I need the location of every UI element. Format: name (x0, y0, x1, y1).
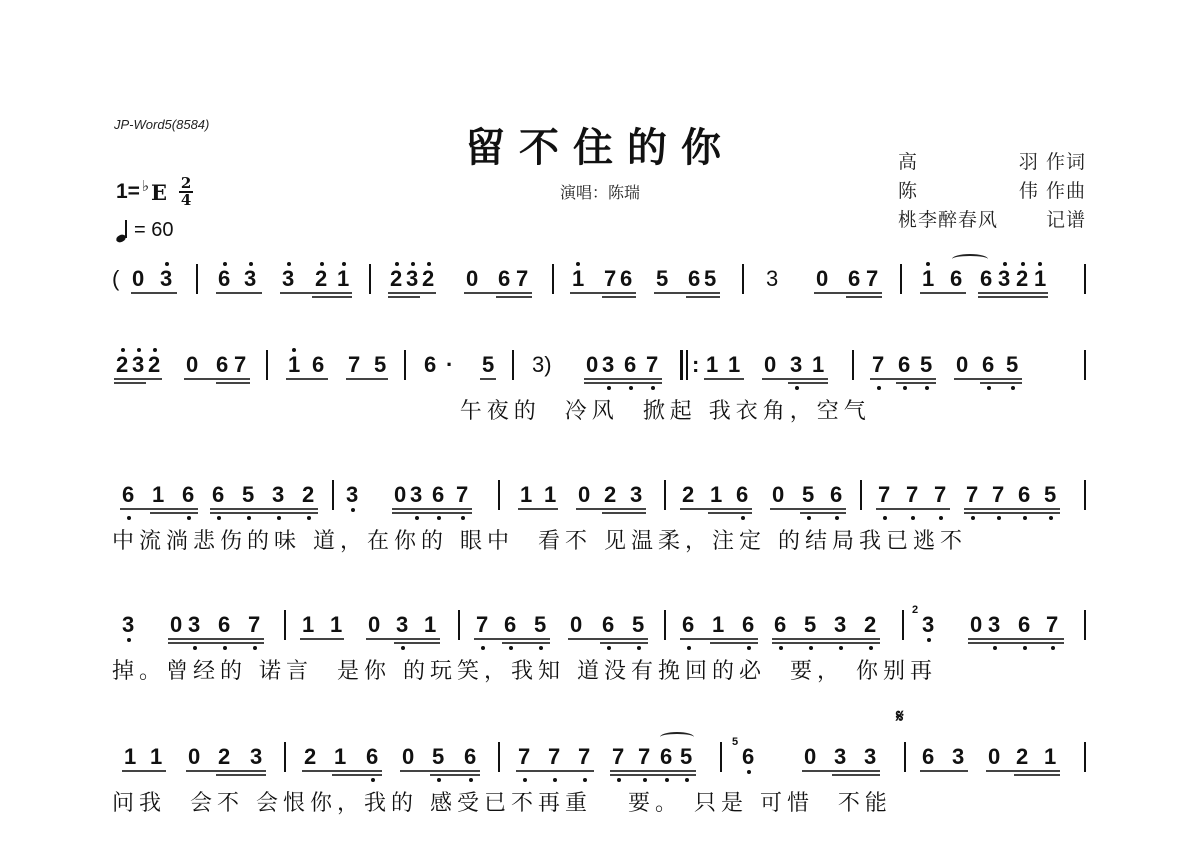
staff-2: 2 3 2 0 67 1 6 75 6· 5 3) 0367 : 11 031 … (112, 348, 1090, 388)
time-signature: 2 4 (179, 176, 193, 208)
staff-5: 11 023 216 056 777 7765 5 6 033 𝄋 63 021 (112, 740, 1090, 780)
staff-3: 616 6532 3 0367 11 023 216 056 777 7765 (112, 478, 1090, 518)
lyrics-line-3: 中流淌悲伤的味 道，在你的 眼中 看不 见温柔，注定 的结局我已逃不 (112, 524, 1090, 556)
lyrics-line-5: 问我 会不 会恨你，我的 感受已不再重 要。 只是 可惜 不能 (112, 786, 1090, 818)
staff-4: 3 0367 11 031 765 065 616 6532 2 3 0367 (112, 608, 1090, 648)
lyrics-line-2: 午夜的 冷风 掀起 我衣角，空气 (112, 394, 1090, 426)
system-5: 11 023 216 056 777 7765 5 6 033 𝄋 63 021… (112, 740, 1090, 818)
composer-credit: 陈 伟 作曲 (898, 177, 1086, 206)
lyrics-line-1 (112, 302, 1090, 334)
system-1: ( 03 6 3 3 2 1 2 3 2 0 67 1 76 5 65 3 0 … (112, 262, 1090, 334)
segno-icon: 𝄋 (896, 706, 904, 727)
lyrics-line-4: 掉。曾经的 诺言 是你 的玩笑，我知 道没有挽回的必 要， 你别再 (112, 654, 1090, 686)
quarter-note-icon (116, 220, 128, 242)
flat-icon: ♭ (142, 177, 149, 195)
system-3: 616 6532 3 0367 11 023 216 056 777 7765 … (112, 478, 1090, 556)
staff-1: ( 03 6 3 3 2 1 2 3 2 0 67 1 76 5 65 3 0 … (112, 262, 1090, 302)
transcriber-credit: 桃李醉春风 记谱 (898, 206, 1086, 235)
lyricist-credit: 高 羽 作词 (898, 148, 1086, 177)
tempo-marking: = 60 (116, 219, 173, 242)
key-signature: 1= ♭ E 2 4 (116, 176, 193, 208)
system-2: 2 3 2 0 67 1 6 75 6· 5 3) 0367 : 11 031 … (112, 348, 1090, 426)
credits: 高 羽 作词 陈 伟 作曲 桃李醉春风 记谱 (898, 148, 1086, 235)
system-4: 3 0367 11 031 765 065 616 6532 2 3 0367 … (112, 608, 1090, 686)
